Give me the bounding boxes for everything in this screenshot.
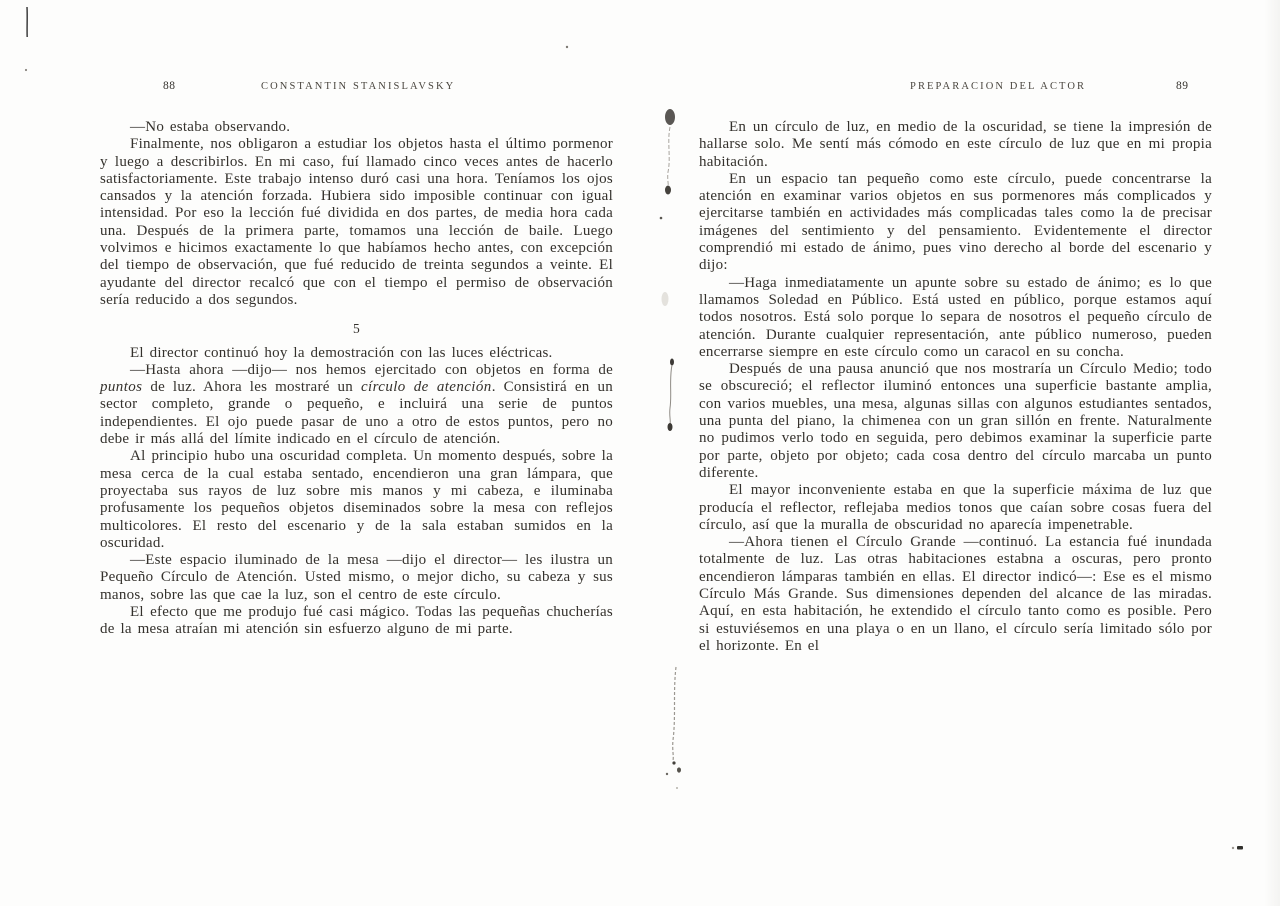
speck	[1237, 846, 1243, 850]
paragraph: —No estaba observando.	[100, 119, 613, 136]
paragraph: En un espacio tan pequeño como este círc…	[699, 171, 1212, 275]
gutter-ink-blot	[665, 186, 671, 195]
speck	[666, 773, 668, 775]
paragraph: —Este espacio iluminado de la mesa —dijo…	[100, 552, 613, 604]
section-heading: 5	[100, 320, 613, 337]
scanner-edge-shadow	[1264, 0, 1280, 906]
text-block: El director continuó hoy la demostración…	[100, 345, 613, 639]
text-block: —No estaba observando.Finalmente, nos ob…	[100, 119, 613, 309]
paragraph: El efecto que me produjo fué casi mágico…	[100, 604, 613, 639]
paragraph: —Hasta ahora —dijo— nos hemos ejercitado…	[100, 362, 613, 448]
paragraph: El mayor inconveniente estaba en que la …	[699, 482, 1212, 534]
paragraph: Al principio hubo una oscuridad completa…	[100, 448, 613, 552]
gutter-thread-mark	[673, 667, 676, 760]
paragraph: En un círculo de luz, en medio de la osc…	[699, 119, 1212, 171]
running-head-right: PREPARACION DEL ACTOR	[910, 81, 1086, 92]
speck	[672, 761, 675, 764]
page-number-left: 88	[163, 80, 176, 92]
paragraph: —Ahora tienen el Círculo Grande —continu…	[699, 534, 1212, 655]
paragraph: Finalmente, nos obligaron a estudiar los…	[100, 136, 613, 309]
page-body-right: En un círculo de luz, en medio de la osc…	[699, 119, 1212, 655]
speck	[566, 46, 568, 48]
speck	[676, 787, 678, 789]
speck	[660, 217, 663, 220]
running-head-left: CONSTANTIN STANISLAVSKY	[261, 81, 455, 92]
gutter-ink-blot	[670, 359, 674, 366]
gutter-thread-mark	[670, 365, 672, 424]
speck	[1232, 847, 1234, 849]
gutter-ink-blot	[668, 423, 673, 431]
paragraph: Después de una pausa anunció que nos mos…	[699, 361, 1212, 482]
gutter-ink-blot	[665, 109, 675, 125]
book-scan: 88 CONSTANTIN STANISLAVSKY —No estaba ob…	[0, 0, 1280, 906]
gutter-smudge	[662, 292, 669, 306]
speck	[677, 767, 681, 772]
paragraph: El director continuó hoy la demostración…	[100, 345, 613, 362]
paragraph: —Haga inmediatamente un apunte sobre su …	[699, 275, 1212, 361]
page-body-left: —No estaba observando.Finalmente, nos ob…	[100, 119, 613, 639]
gutter-thread-mark	[668, 127, 670, 188]
page-number-right: 89	[1176, 80, 1189, 92]
speck	[25, 69, 27, 71]
